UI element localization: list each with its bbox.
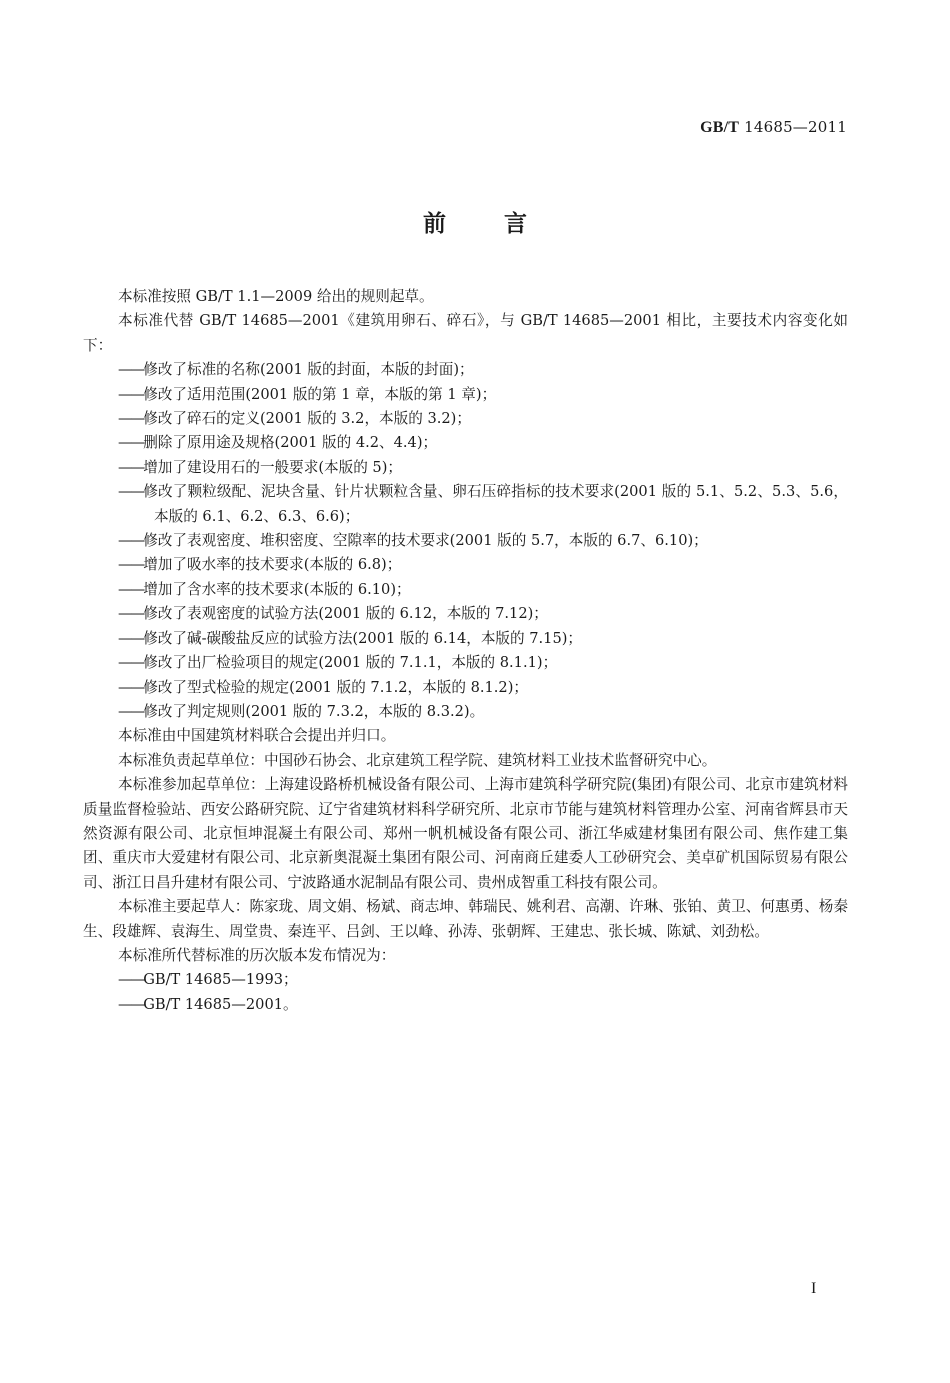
paragraph-participating-drafters: 本标准参加起草单位：上海建设路桥机械设备有限公司、上海市建筑科学研究院(集团)有… bbox=[83, 773, 848, 895]
dash-bullet: —— bbox=[118, 459, 143, 476]
dash-bullet: —— bbox=[118, 532, 143, 549]
paragraph-lead-drafters: 本标准负责起草单位：中国砂石协会、北京建筑工程学院、建筑材料工业技术监督研究中心… bbox=[83, 749, 848, 773]
dash-bullet: —— bbox=[118, 581, 143, 598]
dash-bullet: —— bbox=[118, 483, 143, 500]
dash-bullet: —— bbox=[118, 410, 143, 427]
paragraph-history-intro: 本标准所代替标准的历次版本发布情况为： bbox=[83, 944, 848, 968]
dash-bullet: —— bbox=[118, 971, 143, 988]
dash-bullet: —— bbox=[118, 996, 143, 1013]
list-item: ——增加了吸水率的技术要求(本版的 6.8)； bbox=[83, 553, 848, 577]
list-item: ——修改了出厂检验项目的规定(2001 版的 7.1.1，本版的 8.1.1)； bbox=[83, 651, 848, 675]
list-item: ——修改了标准的名称(2001 版的封面，本版的封面)； bbox=[83, 358, 848, 382]
list-item: ——增加了含水率的技术要求(本版的 6.10)； bbox=[83, 578, 848, 602]
list-item: ——删除了原用途及规格(2001 版的 4.2、4.4)； bbox=[83, 431, 848, 455]
list-item: ——修改了碱-碳酸盐反应的试验方法(2001 版的 6.14，本版的 7.15)… bbox=[83, 627, 848, 651]
dash-bullet: —— bbox=[118, 434, 143, 451]
page-title: 前言 bbox=[0, 205, 950, 238]
list-item: ——修改了颗粒级配、泥块含量、针片状颗粒含量、卵石压碎指标的技术要求(2001 … bbox=[83, 480, 848, 529]
dash-bullet: —— bbox=[118, 556, 143, 573]
list-item: ——GB/T 14685—1993； bbox=[83, 968, 848, 992]
paragraph-proposer: 本标准由中国建筑材料联合会提出并归口。 bbox=[83, 724, 848, 748]
changes-list: ——修改了标准的名称(2001 版的封面，本版的封面)； ——修改了适用范围(2… bbox=[83, 358, 848, 724]
list-item: ——修改了适用范围(2001 版的第 1 章，本版的第 1 章)； bbox=[83, 383, 848, 407]
history-list: ——GB/T 14685—1993； ——GB/T 14685—2001。 bbox=[83, 968, 848, 1017]
list-item: ——修改了型式检验的规定(2001 版的 7.1.2，本版的 8.1.2)； bbox=[83, 676, 848, 700]
list-item: ——修改了碎石的定义(2001 版的 3.2，本版的 3.2)； bbox=[83, 407, 848, 431]
standard-number-header: GB/T 14685—2011 bbox=[700, 118, 847, 137]
paragraph-replaces: 本标准代替 GB/T 14685—2001《建筑用卵石、碎石》，与 GB/T 1… bbox=[83, 309, 848, 358]
list-item: ——修改了表观密度、堆积密度、空隙率的技术要求(2001 版的 5.7，本版的 … bbox=[83, 529, 848, 553]
list-item: ——修改了表观密度的试验方法(2001 版的 6.12，本版的 7.12)； bbox=[83, 602, 848, 626]
list-item: ——GB/T 14685—2001。 bbox=[83, 993, 848, 1017]
document-body: 本标准按照 GB/T 1.1—2009 给出的规则起草。 本标准代替 GB/T … bbox=[83, 285, 848, 1017]
dash-bullet: —— bbox=[118, 654, 143, 671]
dash-bullet: —— bbox=[118, 703, 143, 720]
dash-bullet: —— bbox=[118, 361, 143, 378]
dash-bullet: —— bbox=[118, 605, 143, 622]
paragraph-main-drafters: 本标准主要起草人：陈家珑、周文娟、杨斌、商志坤、韩瑞民、姚利君、高潮、许琳、张铂… bbox=[83, 895, 848, 944]
standard-code: 14685—2011 bbox=[744, 118, 847, 136]
list-item: ——修改了判定规则(2001 版的 7.3.2，本版的 8.3.2)。 bbox=[83, 700, 848, 724]
paragraph-drafting-rules: 本标准按照 GB/T 1.1—2009 给出的规则起草。 bbox=[83, 285, 848, 309]
dash-bullet: —— bbox=[118, 679, 143, 696]
dash-bullet: —— bbox=[118, 386, 143, 403]
list-item: ——增加了建设用石的一般要求(本版的 5)； bbox=[83, 456, 848, 480]
dash-bullet: —— bbox=[118, 630, 143, 647]
standard-prefix: GB/T bbox=[700, 119, 739, 136]
page-number: I bbox=[811, 1280, 816, 1298]
